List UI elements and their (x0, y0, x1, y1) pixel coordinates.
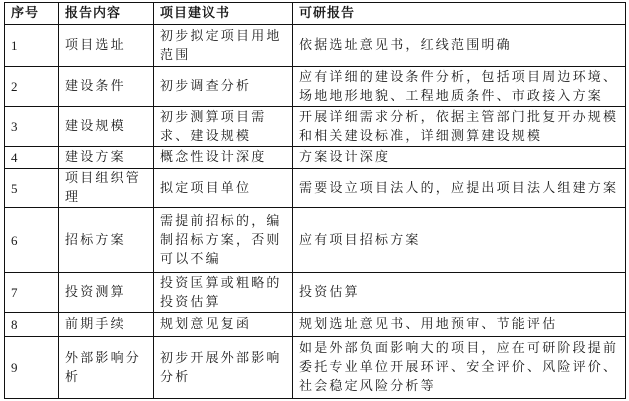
cell-feasibility-report: 应有项目招标方案 (293, 208, 626, 273)
table-row: 3 建设规模 初步测算项目需求、建设规模 开展详细需求分析，依据主管部门批复开办… (5, 107, 626, 147)
cell-feasibility-report: 需要设立项目法人的，应提出项目法人组建方案 (293, 169, 626, 208)
cell-report-content: 投资测算 (59, 273, 154, 313)
cell-report-content: 建设条件 (59, 67, 154, 107)
cell-serial-number: 4 (5, 147, 59, 169)
cell-serial-number: 5 (5, 169, 59, 208)
cell-report-content: 招标方案 (59, 208, 154, 273)
table-row: 9 外部影响分析 初步开展外部影响分析 如是外部负面影响大的项目，应在可研阶段提… (5, 337, 626, 399)
cell-feasibility-report: 如是外部负面影响大的项目，应在可研阶段提前委托专业单位开展环评、安全评价、风险评… (293, 337, 626, 399)
table-row: 4 建设方案 概念性设计深度 方案设计深度 (5, 147, 626, 169)
cell-project-proposal: 规划意见复函 (154, 313, 293, 337)
cell-serial-number: 6 (5, 208, 59, 273)
table-row: 5 项目组织管理 拟定项目单位 需要设立项目法人的，应提出项目法人组建方案 (5, 169, 626, 208)
cell-feasibility-report: 开展详细需求分析，依据主管部门批复开办规模和相关建设标准，详细测算建设规模 (293, 107, 626, 147)
cell-feasibility-report: 方案设计深度 (293, 147, 626, 169)
table-row: 7 投资测算 投资匡算或粗略的投资估算 投资估算 (5, 273, 626, 313)
cell-project-proposal: 拟定项目单位 (154, 169, 293, 208)
header-project-proposal: 项目建议书 (154, 3, 293, 25)
cell-serial-number: 3 (5, 107, 59, 147)
cell-serial-number: 1 (5, 25, 59, 67)
cell-project-proposal: 初步拟定项目用地范围 (154, 25, 293, 67)
cell-serial-number: 2 (5, 67, 59, 107)
table-row: 8 前期手续 规划意见复函 规划选址意见书、用地预审、节能评估 (5, 313, 626, 337)
cell-report-content: 外部影响分析 (59, 337, 154, 399)
cell-project-proposal: 初步调查分析 (154, 67, 293, 107)
cell-serial-number: 9 (5, 337, 59, 399)
cell-report-content: 项目组织管理 (59, 169, 154, 208)
cell-project-proposal: 需提前招标的，编制招标方案，否则可以不编 (154, 208, 293, 273)
cell-project-proposal: 初步开展外部影响分析 (154, 337, 293, 399)
cell-feasibility-report: 投资估算 (293, 273, 626, 313)
table-row: 1 项目选址 初步拟定项目用地范围 依据选址意见书，红线范围明确 (5, 25, 626, 67)
table-row: 2 建设条件 初步调查分析 应有详细的建设条件分析，包括项目周边环境、场地地形地… (5, 67, 626, 107)
cell-feasibility-report: 规划选址意见书、用地预审、节能评估 (293, 313, 626, 337)
cell-report-content: 建设方案 (59, 147, 154, 169)
cell-feasibility-report: 应有详细的建设条件分析，包括项目周边环境、场地地形地貌、工程地质条件、市政接入方… (293, 67, 626, 107)
table-row: 6 招标方案 需提前招标的，编制招标方案，否则可以不编 应有项目招标方案 (5, 208, 626, 273)
cell-feasibility-report: 依据选址意见书，红线范围明确 (293, 25, 626, 67)
cell-serial-number: 7 (5, 273, 59, 313)
header-serial-number: 序号 (5, 3, 59, 25)
cell-project-proposal: 投资匡算或粗略的投资估算 (154, 273, 293, 313)
table-header-row: 序号 报告内容 项目建议书 可研报告 (5, 3, 626, 25)
cell-report-content: 前期手续 (59, 313, 154, 337)
cell-report-content: 项目选址 (59, 25, 154, 67)
comparison-table: 序号 报告内容 项目建议书 可研报告 1 项目选址 初步拟定项目用地范围 依据选… (4, 2, 626, 399)
cell-project-proposal: 概念性设计深度 (154, 147, 293, 169)
cell-project-proposal: 初步测算项目需求、建设规模 (154, 107, 293, 147)
header-feasibility-report: 可研报告 (293, 3, 626, 25)
cell-serial-number: 8 (5, 313, 59, 337)
cell-report-content: 建设规模 (59, 107, 154, 147)
header-report-content: 报告内容 (59, 3, 154, 25)
